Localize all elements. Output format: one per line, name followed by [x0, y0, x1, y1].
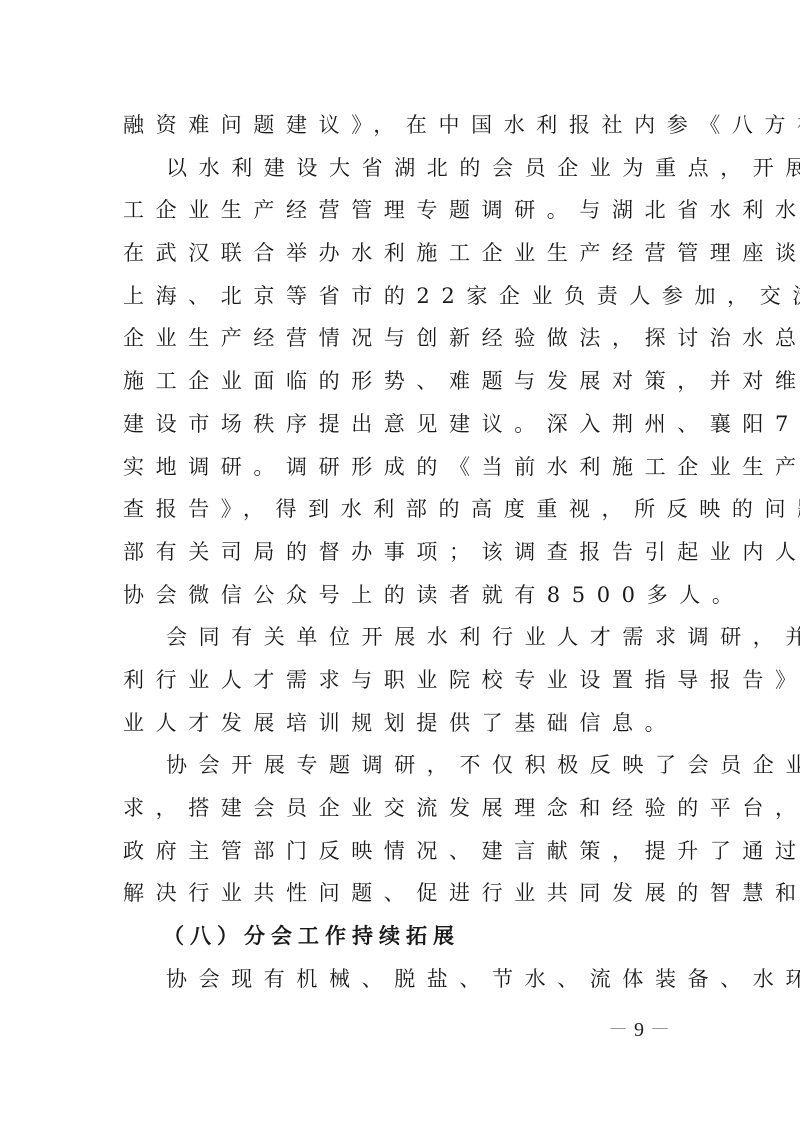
text-line: 企业生产经营情况与创新经验做法，探讨治水总基调下水利	[123, 317, 683, 360]
text-line: 在武汉联合举办水利施工企业生产经营管理座谈会，湖北、	[123, 232, 683, 275]
page-number: －9－	[608, 1013, 676, 1042]
page-number-suffix: －	[650, 1019, 676, 1041]
document-page: 融资难问题建议》，在中国水利报社内参《八方视角》发表。 以水利建设大省湖北的会员…	[123, 104, 683, 1000]
text-line: 协会微信公众号上的读者就有8500多人。	[123, 574, 683, 617]
text-line: 施工企业面临的形势、难题与发展对策，并对维护水利工程	[123, 360, 683, 403]
text-line: 协会开展专题调研，不仅积极反映了会员企业呼声诉	[123, 744, 683, 787]
text-line: 求，搭建会员企业交流发展理念和经验的平台，同时积极向	[123, 787, 683, 830]
text-line: 以水利建设大省湖北的会员企业为重点，开展了水利施	[123, 147, 683, 190]
text-line: 政府主管部门反映情况、建言献策，提升了通过共同行动来	[123, 830, 683, 873]
text-line: 工企业生产经营管理专题调研。与湖北省水利水电行业协会	[123, 189, 683, 232]
text-line: 查报告》，得到水利部的高度重视，所反映的问题成为水利	[123, 488, 683, 531]
text-line: 建设市场秩序提出意见建议。深入荆州、襄阳7家会员企业	[123, 403, 683, 446]
text-line: 协会现有机械、脱盐、节水、流体装备、水环境治理、	[123, 958, 683, 1001]
text-line: 实地调研。调研形成的《当前水利施工企业生产经营情况调	[123, 446, 683, 489]
text-line: 上海、北京等省市的22家企业负责人参加，交流水利施工	[123, 275, 683, 318]
text-line: 利行业人才需求与职业院校专业设置指导报告》编制，为行	[123, 659, 683, 702]
text-line: 业人才发展培训规划提供了基础信息。	[123, 702, 683, 745]
page-number-value: 9	[634, 1019, 650, 1041]
text-line: 融资难问题建议》，在中国水利报社内参《八方视角》发表。	[123, 104, 683, 147]
text-line: 解决行业共性问题、促进行业共同发展的智慧和能力。	[123, 872, 683, 915]
page-number-prefix: －	[608, 1019, 634, 1041]
section-heading: （八）分会工作持续拓展	[123, 915, 683, 958]
text-line: 部有关司局的督办事项；该调查报告引起业内人士关注，仅	[123, 531, 683, 574]
text-line: 会同有关单位开展水利行业人才需求调研，并完成《水	[123, 616, 683, 659]
